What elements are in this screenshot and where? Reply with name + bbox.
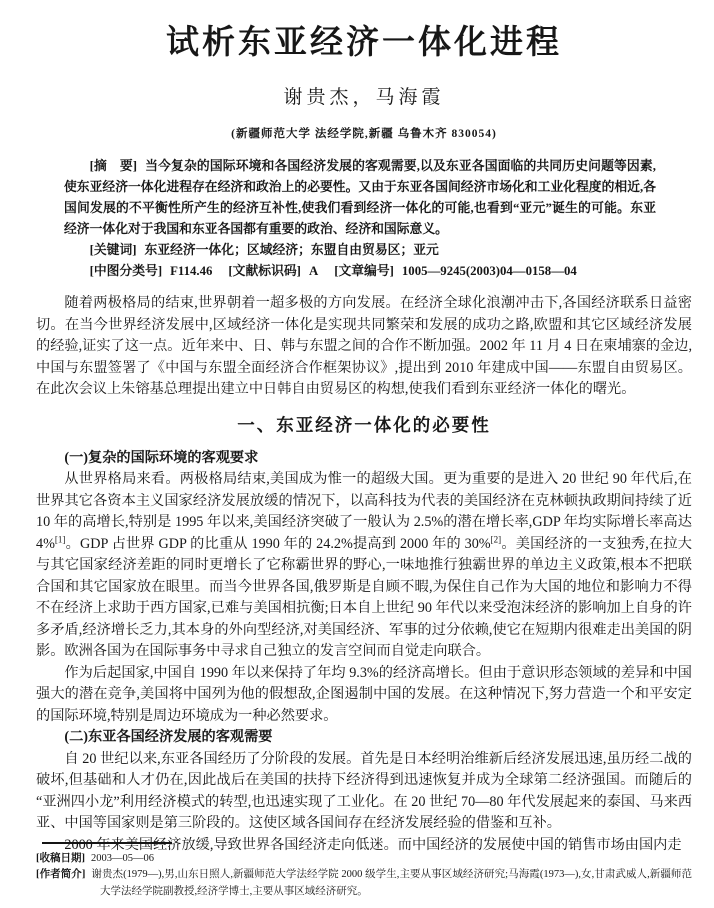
author-bio-line: [作者简介]谢贵杰(1979—),男,山东日照人,新疆师范大学法经学院 2000… — [36, 867, 692, 900]
paragraph-text: 。美国经济的一支独秀,在拉大与其它国家经济差距的同时更增长了它称霸世界的野心,一… — [36, 536, 692, 660]
section-1-heading: 一、东亚经济一体化的必要性 — [36, 414, 692, 438]
author-bio-label: [作者简介] — [36, 869, 85, 880]
keywords-line: [关键词]东亚经济一体化；区域经济；东盟自由贸易区；亚元 — [64, 240, 656, 261]
keywords-label: [关键词] — [90, 243, 137, 257]
paper-page: 试析东亚经济一体化进程 谢贵杰，马海霞 (新疆师范大学 法经学院,新疆 乌鲁木齐… — [0, 0, 714, 908]
footnote-divider — [42, 842, 172, 844]
doc-code-value: A — [309, 264, 318, 278]
intro-paragraph: 随着两极格局的结束,世界朝着一超多极的方向发展。在经济全球化浪潮冲击下,各国经济… — [36, 293, 692, 401]
article-body: 随着两极格局的结束,世界朝着一超多极的方向发展。在经济全球化浪潮冲击下,各国经济… — [36, 293, 692, 856]
received-date-line: [收稿日期]2003—05—06 — [36, 851, 692, 868]
paragraph-text: 。GDP 占世界 GDP 的比重从 1990 年的 24.2%提高到 2000 … — [65, 536, 490, 552]
abstract-text: 当今复杂的国际环境和各国经济发展的客观需要,以及东亚各国面临的共同历史问题等因素… — [64, 159, 656, 236]
paragraph-world-pattern: 从世界格局来看。两极格局结束,美国成为惟一的超级大国。更为重要的是进入 20 世… — [36, 469, 692, 663]
citation-ref-1: [1] — [55, 534, 66, 544]
footnotes: [收稿日期]2003—05—06 [作者简介]谢贵杰(1979—),男,山东日照… — [36, 842, 692, 901]
received-date-label: [收稿日期] — [36, 853, 85, 864]
keywords-text: 东亚经济一体化；区域经济；东盟自由贸易区；亚元 — [145, 243, 439, 257]
doc-code-label: [文献标识码] — [228, 264, 301, 278]
classification-line: [中图分类号]F114.46[文献标识码]A[文章编号]1005—9245(20… — [64, 261, 656, 282]
author-bio-text: 谢贵杰(1979—),男,山东日照人,新疆师范大学法经学院 2000 级学生,主… — [91, 869, 692, 897]
clc-label: [中图分类号] — [90, 264, 163, 278]
abstract-paragraph: [摘 要]当今复杂的国际环境和各国经济发展的客观需要,以及东亚各国面临的共同历史… — [64, 156, 656, 240]
article-no-label: [文章编号] — [334, 264, 394, 278]
authors: 谢贵杰，马海霞 — [36, 86, 692, 110]
paper-title: 试析东亚经济一体化进程 — [36, 20, 692, 64]
received-date-value: 2003—05—06 — [91, 853, 154, 864]
citation-ref-2: [2] — [491, 534, 502, 544]
paragraph-china-growth: 作为后起国家,中国自 1990 年以来保持了年均 9.3%的经济高增长。但由于意… — [36, 663, 692, 728]
frontmatter: [摘 要]当今复杂的国际环境和各国经济发展的客观需要,以及东亚各国面临的共同历史… — [64, 156, 656, 282]
subsection-2-heading: (二)东亚各国经济发展的客观需要 — [36, 727, 692, 749]
clc-value: F114.46 — [170, 264, 212, 278]
affiliation: (新疆师范大学 法经学院,新疆 乌鲁木齐 830054) — [36, 127, 692, 142]
subsection-1-heading: (一)复杂的国际环境的客观要求 — [36, 448, 692, 470]
article-no-value: 1005—9245(2003)04—0158—04 — [402, 264, 577, 278]
paragraph-east-asia-stages: 自 20 世纪以来,东亚各国经历了分阶段的发展。首先是日本经明治维新后经济发展迅… — [36, 749, 692, 835]
abstract-label: [摘 要] — [90, 159, 137, 173]
